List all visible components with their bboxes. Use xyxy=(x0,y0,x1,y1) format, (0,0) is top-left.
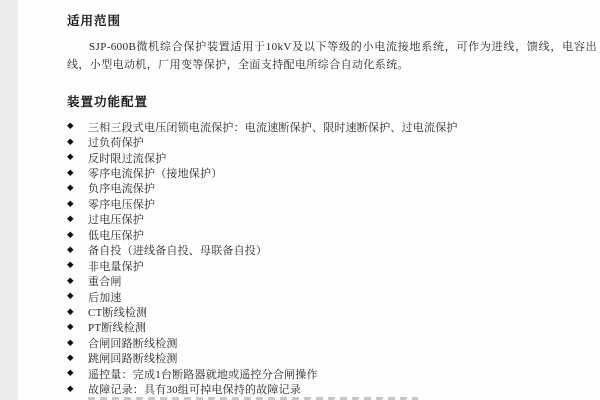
feature-item: ◆低电压保护 xyxy=(67,227,597,242)
feature-item-label: 三相三段式电压闭锁电流保护：电流速断保护、限时速断保护、过电流保护 xyxy=(88,119,458,135)
feature-item: ◆反时限过流保护 xyxy=(67,150,597,165)
feature-item-label: 过电压保护 xyxy=(88,211,144,227)
feature-item: ◆非电量保护 xyxy=(67,258,597,273)
feature-item-label: 低电压保护 xyxy=(88,227,144,243)
diamond-bullet-icon: ◆ xyxy=(67,200,77,209)
feature-item-label: 合闸回路断线检测 xyxy=(88,335,178,351)
scope-paragraph: SJP-600B微机综合保护装置适用于10kV及以下等级的小电流接地系统，可作为… xyxy=(67,39,597,74)
feature-item: ◆合闸回路断线检测 xyxy=(67,335,597,350)
diamond-bullet-icon: ◆ xyxy=(67,122,77,131)
section-title-scope: 适用范围 xyxy=(67,14,597,28)
feature-item-label: 遥控量：完成1台断路器就地或遥控分合闸操作 xyxy=(88,366,318,382)
diamond-bullet-icon: ◆ xyxy=(67,138,77,147)
diamond-bullet-icon: ◆ xyxy=(67,292,77,301)
feature-item: ◆重合闸 xyxy=(67,273,597,288)
page-content: 适用范围 SJP-600B微机综合保护装置适用于10kV及以下等级的小电流接地系… xyxy=(67,0,597,397)
feature-item: ◆过电压保护 xyxy=(67,212,597,227)
feature-item-label: PT断线检测 xyxy=(88,319,146,335)
feature-item-label: 故障记录：具有30组可掉电保持的故障记录 xyxy=(88,381,301,397)
diamond-bullet-icon: ◆ xyxy=(67,277,77,286)
diamond-bullet-icon: ◆ xyxy=(67,369,77,378)
feature-item: ◆遥控量：完成1台断路器就地或遥控分合闸操作 xyxy=(67,366,597,381)
diamond-bullet-icon: ◆ xyxy=(67,215,77,224)
section-title-functions: 装置功能配置 xyxy=(67,95,597,109)
diamond-bullet-icon: ◆ xyxy=(67,308,77,317)
feature-item-label: 负序电流保护 xyxy=(88,180,155,196)
feature-item-label: CT断线检测 xyxy=(88,304,147,320)
feature-item: ◆零序电压保护 xyxy=(67,196,597,211)
feature-item-label: 零序电压保护 xyxy=(88,196,155,212)
diamond-bullet-icon: ◆ xyxy=(67,153,77,162)
feature-item-label: 备自投（进线备自投、母联备自投） xyxy=(88,242,267,258)
feature-item: ◆过负荷保护 xyxy=(67,134,597,149)
diamond-bullet-icon: ◆ xyxy=(67,231,77,240)
feature-item: ◆三相三段式电压闭锁电流保护：电流速断保护、限时速断保护、过电流保护 xyxy=(67,119,597,134)
feature-item: ◆负序电流保护 xyxy=(67,181,597,196)
diamond-bullet-icon: ◆ xyxy=(67,246,77,255)
feature-list: ◆三相三段式电压闭锁电流保护：电流速断保护、限时速断保护、过电流保护◆过负荷保护… xyxy=(67,119,597,397)
feature-item-label: 跳闸回路断线检测 xyxy=(88,350,178,366)
feature-item: ◆PT断线检测 xyxy=(67,320,597,335)
diamond-bullet-icon: ◆ xyxy=(67,323,77,332)
diamond-bullet-icon: ◆ xyxy=(67,184,77,193)
feature-item-label: 反时限过流保护 xyxy=(88,150,166,166)
feature-item: ◆零序电流保护（接地保护） xyxy=(67,165,597,180)
document-page: 适用范围 SJP-600B微机综合保护装置适用于10kV及以下等级的小电流接地系… xyxy=(0,0,600,400)
feature-item: ◆备自投（进线备自投、母联备自投） xyxy=(67,243,597,258)
diamond-bullet-icon: ◆ xyxy=(67,354,77,363)
page-margin-strip xyxy=(0,0,18,400)
diamond-bullet-icon: ◆ xyxy=(67,339,77,348)
feature-item-label: 后加速 xyxy=(88,289,122,305)
diamond-bullet-icon: ◆ xyxy=(67,261,77,270)
feature-item-label: 非电量保护 xyxy=(88,258,144,274)
diamond-bullet-icon: ◆ xyxy=(67,385,77,394)
feature-item-label: 重合闸 xyxy=(88,273,122,289)
diamond-bullet-icon: ◆ xyxy=(67,169,77,178)
feature-item: ◆CT断线检测 xyxy=(67,304,597,319)
feature-item-label: 过负荷保护 xyxy=(88,134,144,150)
feature-item: ◆故障记录：具有30组可掉电保持的故障记录 xyxy=(67,381,597,396)
feature-item-label: 零序电流保护（接地保护） xyxy=(88,165,222,181)
feature-item: ◆后加速 xyxy=(67,289,597,304)
feature-item: ◆跳闸回路断线检测 xyxy=(67,351,597,366)
